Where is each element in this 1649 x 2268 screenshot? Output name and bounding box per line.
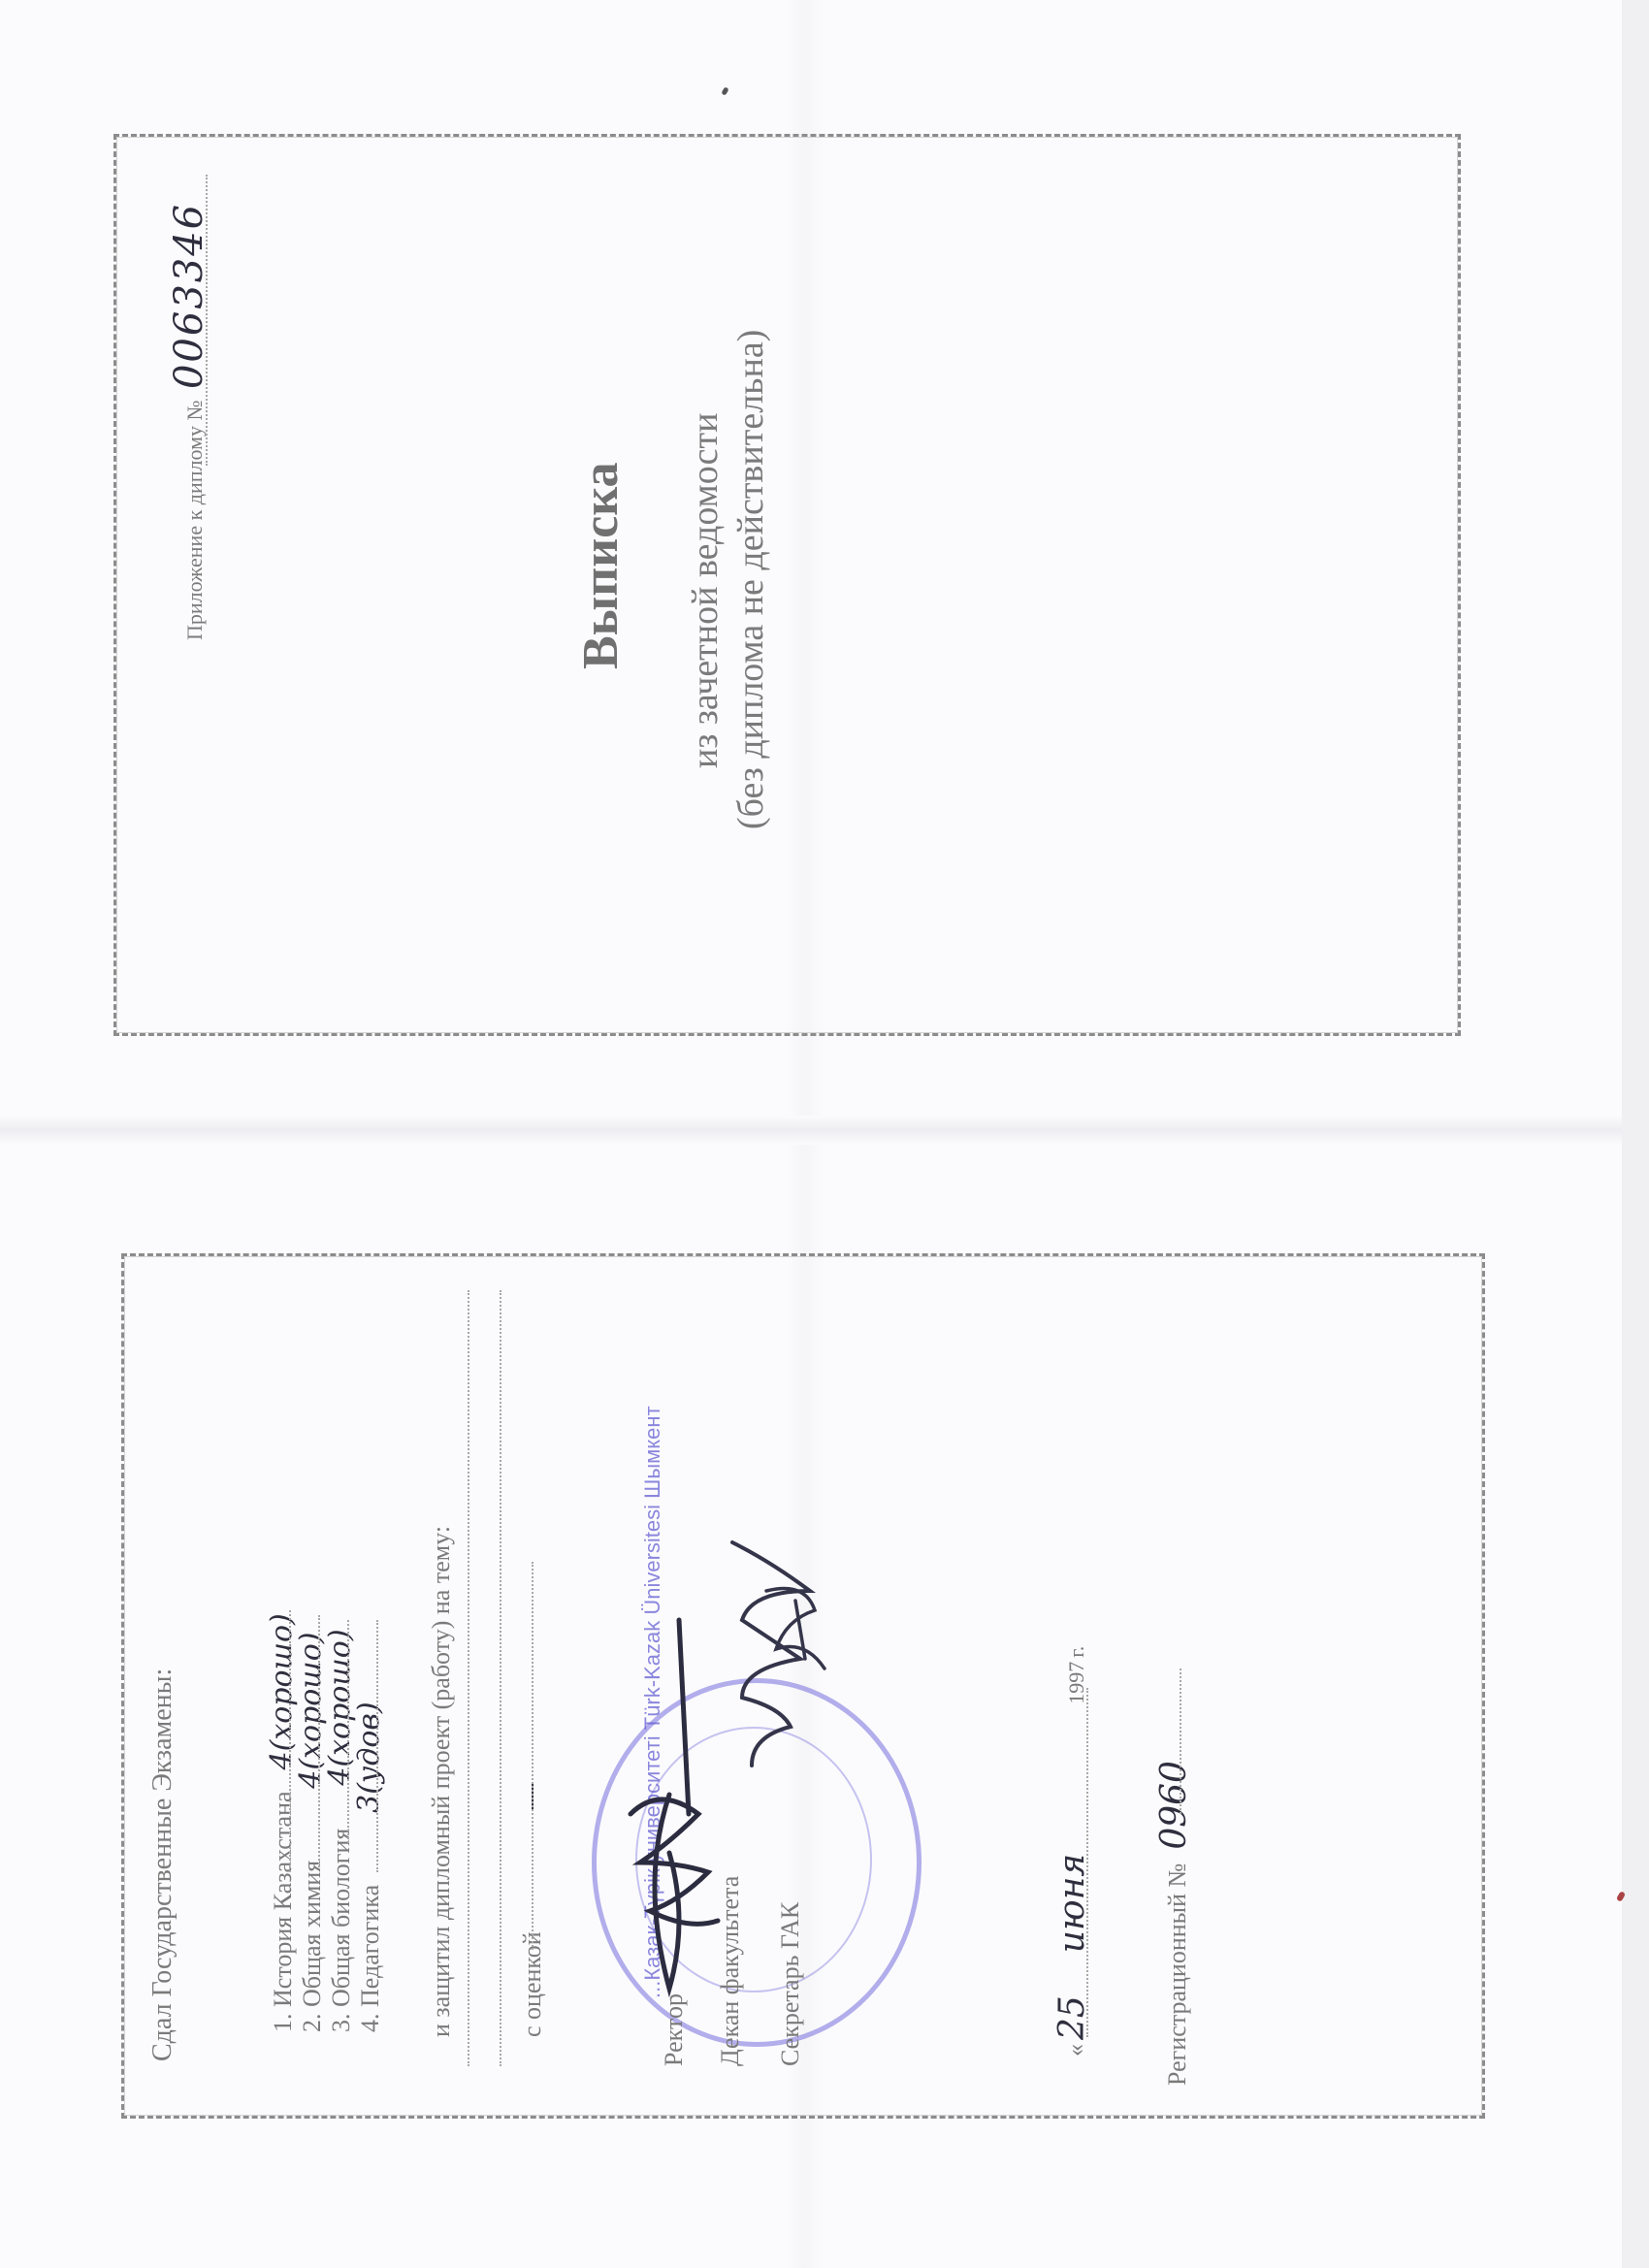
grade-line: [532, 1562, 533, 1950]
document-note: (без диплома не действительна): [729, 330, 772, 829]
exam-line: [318, 1615, 320, 1867]
rector-label: Ректор: [660, 1993, 689, 2066]
exam-subject: 4. Педагогика: [356, 1885, 384, 2032]
diploma-number-line: [206, 175, 208, 466]
exam-grade: 3(удов): [352, 1701, 386, 1812]
secretary-signature: [747, 1571, 844, 1688]
ink-speck: [721, 86, 728, 95]
exam-line: [289, 1610, 291, 1872]
appendix-label: Приложение к диплому №: [182, 401, 207, 640]
registration: Регистрационный № 0960: [1154, 1761, 1194, 2086]
date-suffix: г.: [1064, 1646, 1088, 1658]
registration-line: [1180, 1669, 1181, 1814]
registration-label: Регистрационный №: [1163, 1863, 1191, 2086]
thesis-label: и защитил дипломный проект (работу) на т…: [427, 1526, 456, 2037]
paper-fold-horizontal: [0, 1116, 1649, 1145]
document-title: Выписка: [572, 463, 630, 669]
document-subtitle: из зачетной ведомости: [684, 413, 727, 768]
exams-heading: Сдал Государственные Экзамены:: [147, 1669, 178, 2061]
right-page-frame: [113, 134, 1461, 1036]
exam-subject: 3. Общая биология: [327, 1829, 355, 2032]
exam-line: [376, 1620, 378, 1872]
thesis-line: [468, 1290, 469, 2066]
scan-edge: [1622, 0, 1649, 2268]
exam-row: 4. Педагогика 3(удов): [352, 1701, 386, 2032]
exam-line: [347, 1620, 349, 1843]
date-year: 1997: [1064, 1662, 1088, 1704]
date-line: [1086, 1688, 1088, 2037]
date-quote: «: [1061, 2044, 1089, 2057]
registration-number: 0960: [1154, 1761, 1194, 1850]
exam-subject: 2. Общая химия: [298, 1861, 326, 2032]
exam-subject: 1. История Казахстана: [269, 1791, 297, 2032]
thesis-line: [500, 1290, 501, 2066]
